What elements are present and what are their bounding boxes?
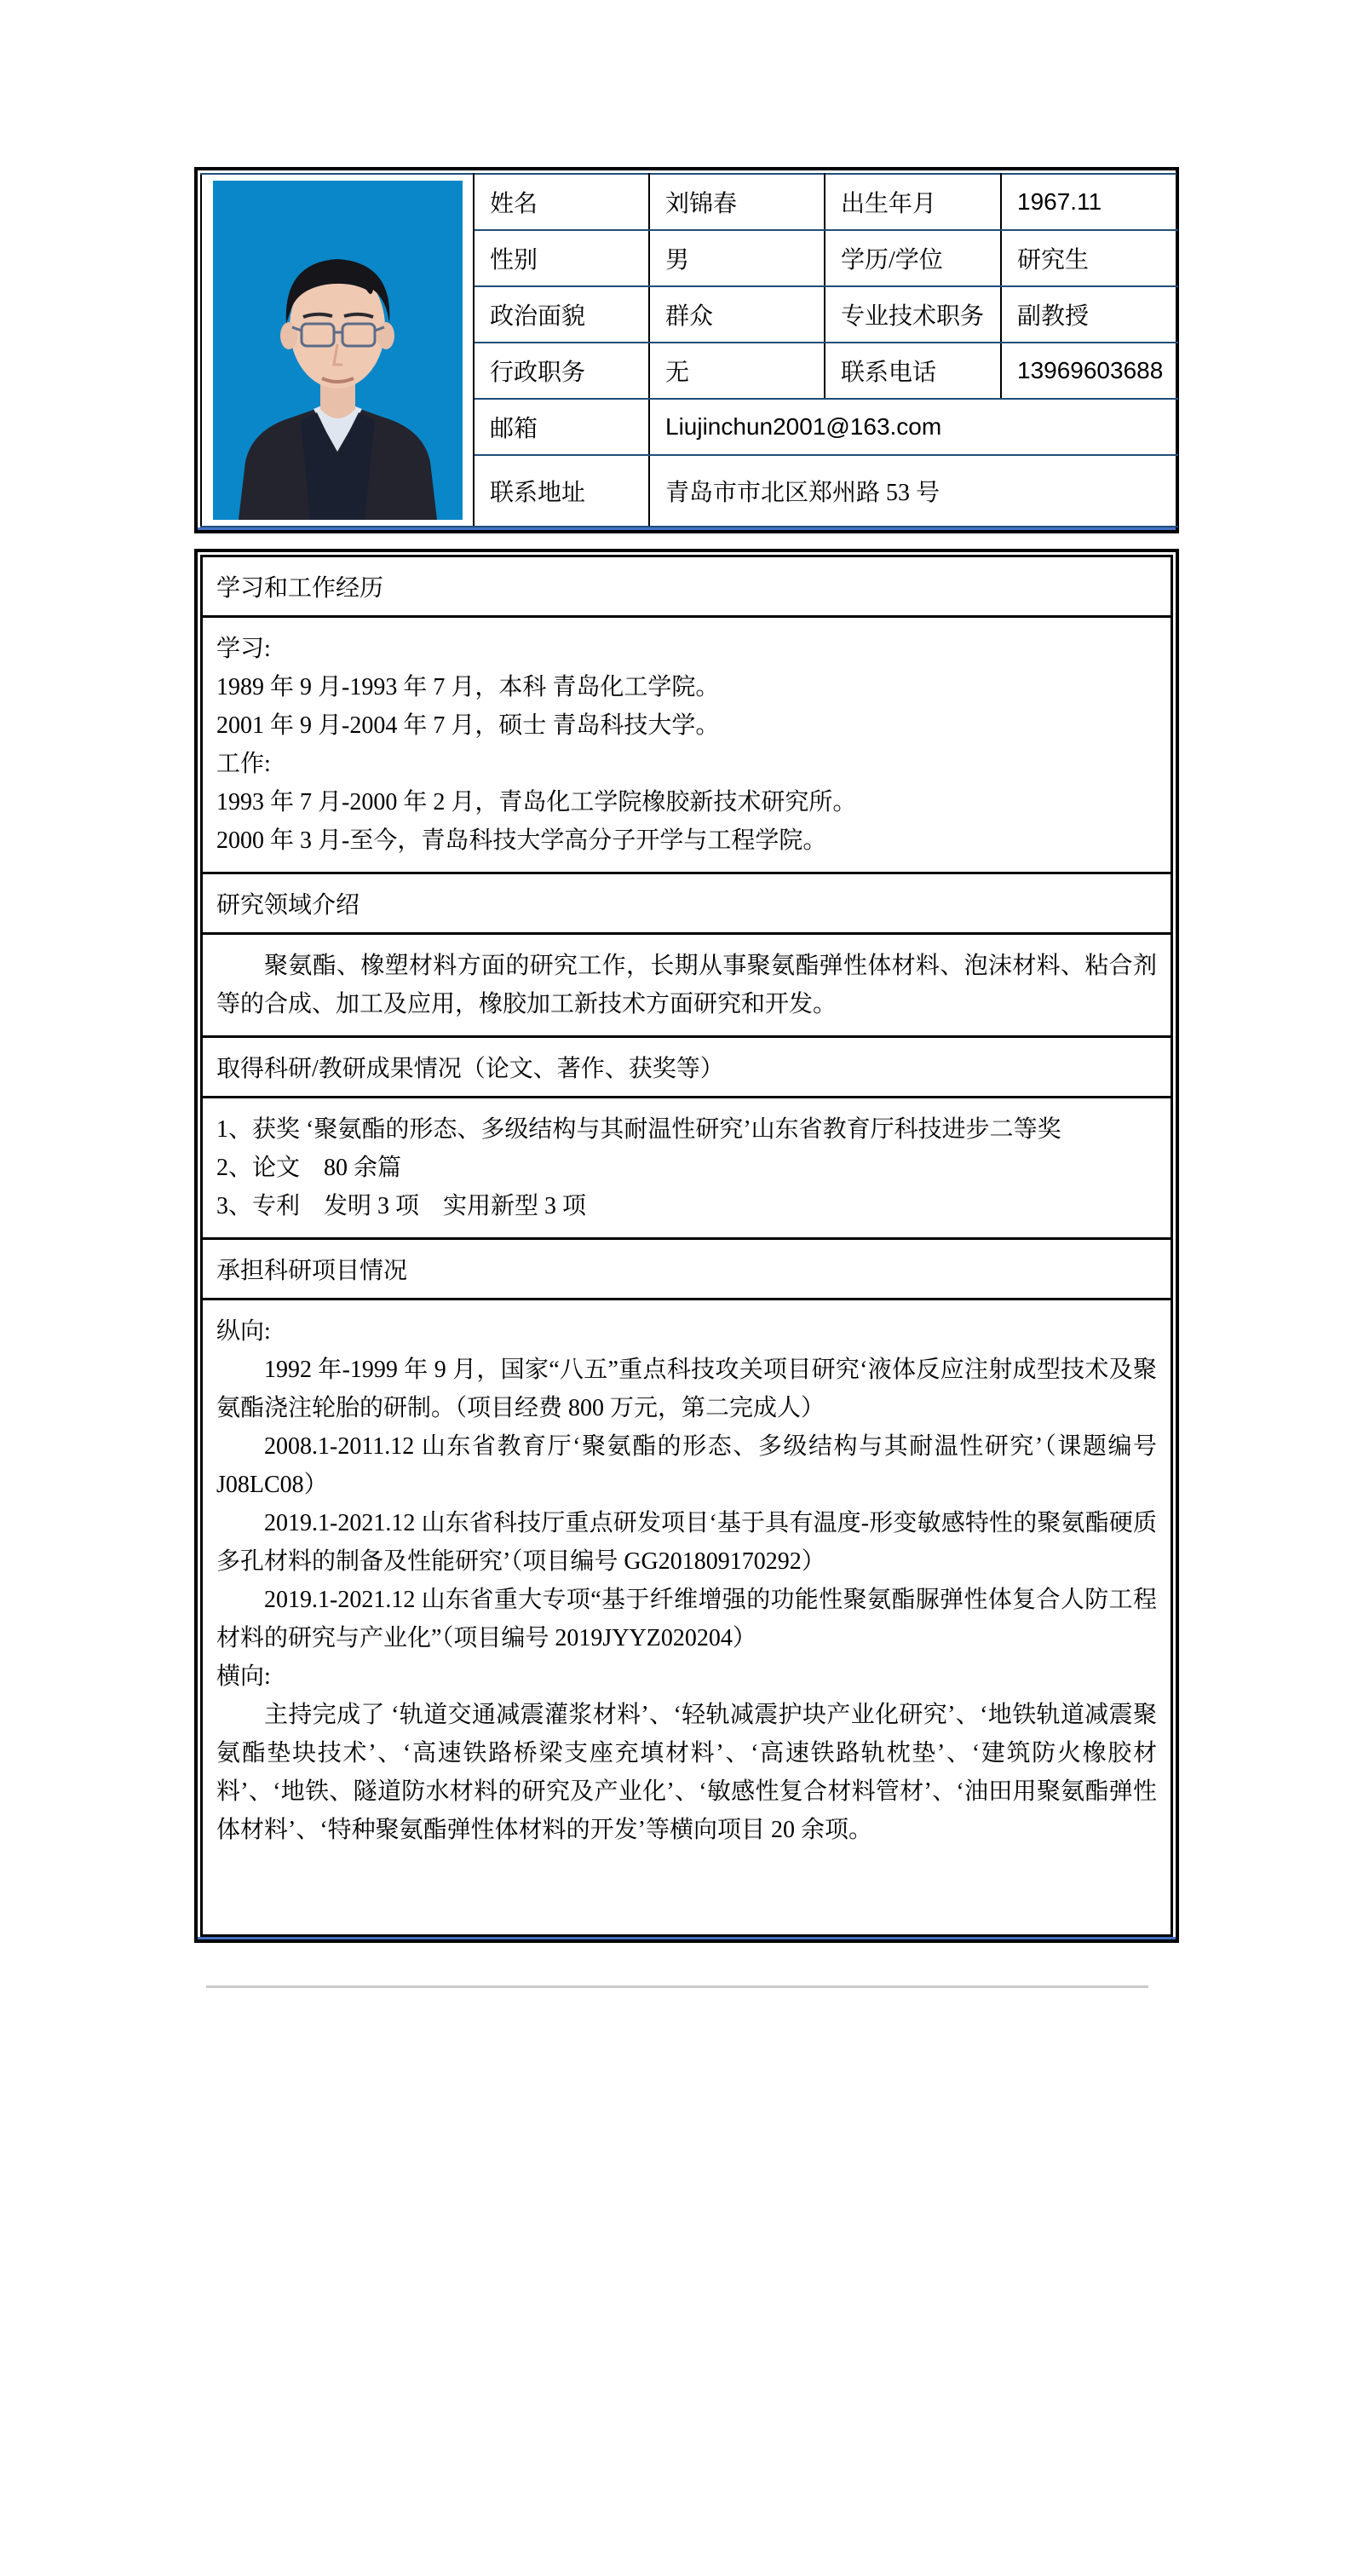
section-body-projects: 纵向: 1992 年-1999 年 9 月，国家“八五”重点科技攻关项目研究‘液… — [202, 1300, 1172, 1936]
field-label-admin: 行政职务 — [474, 343, 649, 399]
section-header-achievements: 取得科研/教研成果情况（论文、著作、获奖等） — [202, 1037, 1172, 1098]
experience-line: 1993 年 7 月-2000 年 2 月，青岛化工学院橡胶新技术研究所。 — [216, 783, 1157, 821]
section-header-research-field: 研究领域介绍 — [202, 873, 1172, 934]
sections-table: 学习和工作经历 学习: 1989 年 9 月-1993 年 7 月，本科 青岛化… — [200, 555, 1173, 1937]
research-field-content: 聚氨酯、橡塑材料方面的研究工作，长期从事聚氨酯弹性体材料、泡沫材料、粘合剂等的合… — [202, 934, 1172, 1037]
projects-line: 1992 年-1999 年 9 月，国家“八五”重点科技攻关项目研究‘液体反应注… — [216, 1351, 1157, 1427]
experience-line: 工作: — [216, 745, 1157, 783]
section-body-achievements: 1、获奖 ‘聚氨酯的形态、多级结构与其耐温性研究’山东省教育厅科技进步二等奖 2… — [202, 1098, 1172, 1239]
field-label-birth: 出生年月 — [825, 174, 1001, 230]
resume-page: 姓名 刘锦春 出生年月 1967.11 性别 男 学历/学位 研究生 政治面貌 … — [194, 0, 1179, 1988]
document-page: { "profile": { "photo": { "name": "portr… — [0, 0, 1346, 2576]
section-title-projects: 承担科研项目情况 — [202, 1239, 1172, 1300]
projects-line: 纵向: — [216, 1312, 1157, 1351]
projects-line: 2008.1-2011.12 山东省教育厅‘聚氨酯的形态、多级结构与其耐温性研究… — [216, 1427, 1157, 1504]
photo-cell — [201, 174, 474, 527]
achievement-line: 1、获奖 ‘聚氨酯的形态、多级结构与其耐温性研究’山东省教育厅科技进步二等奖 — [216, 1110, 1157, 1149]
field-value-admin: 无 — [649, 343, 825, 399]
portrait-illustration — [213, 181, 463, 520]
section-title-experience: 学习和工作经历 — [202, 556, 1172, 617]
profile-row-1: 姓名 刘锦春 出生年月 1967.11 — [201, 174, 1177, 230]
field-label-phone: 联系电话 — [825, 343, 1001, 399]
field-value-birth: 1967.11 — [1001, 174, 1177, 230]
projects-line: 横向: — [216, 1657, 1157, 1696]
profile-table: 姓名 刘锦春 出生年月 1967.11 性别 男 学历/学位 研究生 政治面貌 … — [200, 173, 1178, 527]
portrait-photo — [213, 181, 463, 520]
field-label-degree: 学历/学位 — [825, 230, 1001, 286]
field-label-name: 姓名 — [474, 174, 649, 230]
projects-content: 纵向: 1992 年-1999 年 9 月，国家“八五”重点科技攻关项目研究‘液… — [202, 1300, 1172, 1936]
research-field-paragraph: 聚氨酯、橡塑材料方面的研究工作，长期从事聚氨酯弹性体材料、泡沫材料、粘合剂等的合… — [216, 947, 1157, 1023]
section-body-research-field: 聚氨酯、橡塑材料方面的研究工作，长期从事聚氨酯弹性体材料、泡沫材料、粘合剂等的合… — [202, 934, 1172, 1037]
profile-table-wrapper: 姓名 刘锦春 出生年月 1967.11 性别 男 学历/学位 研究生 政治面貌 … — [194, 167, 1179, 533]
field-label-gender: 性别 — [474, 230, 649, 286]
achievement-line: 3、专利 发明 3 项 实用新型 3 项 — [216, 1187, 1157, 1225]
experience-line: 1989 年 9 月-1993 年 7 月，本科 青岛化工学院。 — [216, 668, 1157, 706]
field-label-title: 专业技术职务 — [825, 286, 1001, 343]
sections-table-wrapper: 学习和工作经历 学习: 1989 年 9 月-1993 年 7 月，本科 青岛化… — [194, 549, 1179, 1943]
page-divider-rule — [206, 1985, 1148, 1988]
field-value-title: 副教授 — [1001, 286, 1177, 343]
section-header-projects: 承担科研项目情况 — [202, 1239, 1172, 1300]
field-value-degree: 研究生 — [1001, 230, 1177, 286]
experience-content: 学习: 1989 年 9 月-1993 年 7 月，本科 青岛化工学院。 200… — [202, 617, 1172, 873]
section-body-experience: 学习: 1989 年 9 月-1993 年 7 月，本科 青岛化工学院。 200… — [202, 617, 1172, 873]
projects-line: 2019.1-2021.12 山东省科技厅重点研发项目‘基于具有温度-形变敏感特… — [216, 1504, 1157, 1581]
field-label-email: 邮箱 — [474, 399, 649, 455]
field-value-email: Liujinchun2001@163.com — [649, 399, 1177, 455]
field-value-phone: 13969603688 — [1001, 343, 1177, 399]
field-value-gender: 男 — [649, 230, 825, 286]
experience-line: 学习: — [216, 630, 1157, 668]
field-value-name: 刘锦春 — [649, 174, 825, 230]
achievements-content: 1、获奖 ‘聚氨酯的形态、多级结构与其耐温性研究’山东省教育厅科技进步二等奖 2… — [202, 1098, 1172, 1239]
section-title-achievements: 取得科研/教研成果情况（论文、著作、获奖等） — [202, 1037, 1172, 1098]
section-header-experience: 学习和工作经历 — [202, 556, 1172, 617]
projects-line: 2019.1-2021.12 山东省重大专项“基于纤维增强的功能性聚氨酯脲弹性体… — [216, 1581, 1157, 1657]
field-label-political: 政治面貌 — [474, 286, 649, 343]
field-label-address: 联系地址 — [474, 455, 649, 527]
section-title-research-field: 研究领域介绍 — [202, 873, 1172, 934]
experience-line: 2001 年 9 月-2004 年 7 月，硕士 青岛科技大学。 — [216, 706, 1157, 745]
field-value-address: 青岛市市北区郑州路 53 号 — [649, 455, 1177, 527]
projects-line: 主持完成了 ‘轨道交通减震灌浆材料’、‘轻轨减震护块产业化研究’、‘地铁轨道减震… — [216, 1696, 1157, 1849]
achievement-line: 2、论文 80 余篇 — [216, 1149, 1157, 1187]
field-value-political: 群众 — [649, 286, 825, 343]
experience-line: 2000 年 3 月-至今，青岛科技大学高分子开学与工程学院。 — [216, 821, 1157, 860]
